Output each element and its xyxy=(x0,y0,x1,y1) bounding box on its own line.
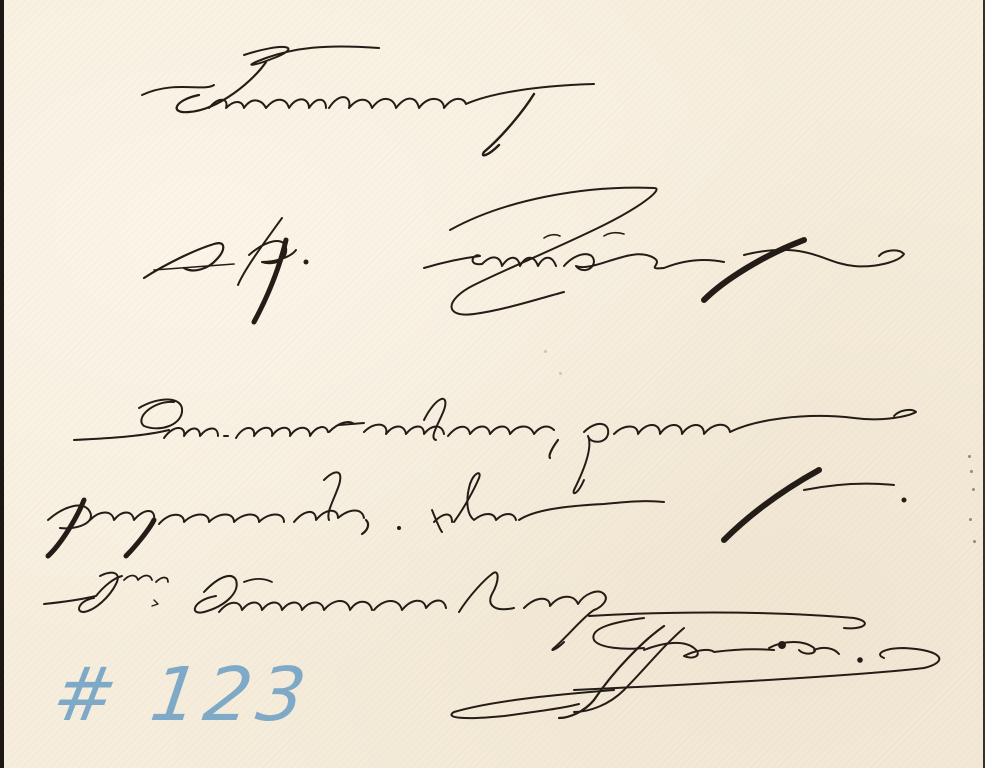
building-strokes xyxy=(48,470,907,556)
foxing-speck xyxy=(559,372,562,375)
envelope: # 123 Господину А. Ф. Мнійерфе Рождестве… xyxy=(4,0,983,768)
addressee-strokes xyxy=(144,188,904,322)
signature-strokes xyxy=(451,613,939,719)
care-of-strokes xyxy=(44,572,606,650)
foxing-speck xyxy=(969,518,972,521)
foxing-speck xyxy=(972,488,975,491)
catalog-number-annotation: # 123 xyxy=(48,652,317,738)
foxing-speck xyxy=(968,455,971,458)
envelope-left-edge xyxy=(0,0,4,768)
foxing-speck xyxy=(544,350,547,353)
street-strokes xyxy=(74,399,916,493)
salutation-strokes xyxy=(142,46,594,155)
foxing-speck xyxy=(973,540,976,543)
foxing-speck xyxy=(970,470,973,473)
